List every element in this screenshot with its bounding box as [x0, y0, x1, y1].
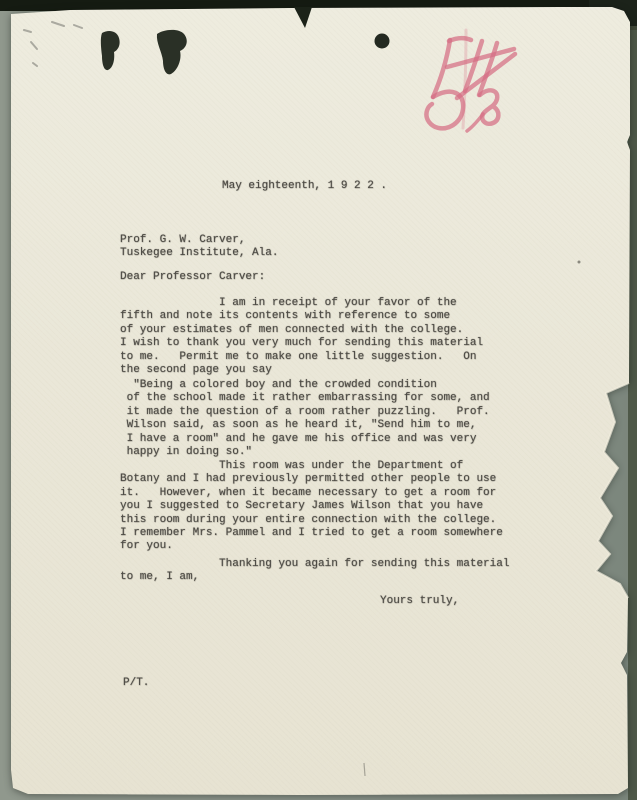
- letter-paper: May eighteenth, 1 9 2 2 . Prof. G. W. Ca…: [0, 0, 637, 800]
- scanned-letter-page: May eighteenth, 1 9 2 2 . Prof. G. W. Ca…: [0, 0, 637, 800]
- closing-line: Thanking you again for sending this mate…: [120, 558, 509, 585]
- valediction: Yours truly,: [380, 595, 459, 608]
- date-line: May eighteenth, 1 9 2 2 .: [222, 180, 387, 193]
- recipient-name: Prof. G. W. Carver,: [120, 234, 245, 247]
- recipient-address: Tuskegee Institute, Ala.: [120, 247, 278, 260]
- body-paragraph-2: This room was under the Department of Bo…: [120, 460, 503, 554]
- body-paragraph-1: I am in receipt of your favor of the fif…: [120, 297, 483, 377]
- salutation: Dear Professor Carver:: [120, 271, 265, 284]
- typist-initials: P/T.: [123, 677, 149, 690]
- quoted-passage: "Being a colored boy and the crowded con…: [120, 379, 490, 459]
- letter-paper-wrapper: May eighteenth, 1 9 2 2 . Prof. G. W. Ca…: [0, 0, 637, 800]
